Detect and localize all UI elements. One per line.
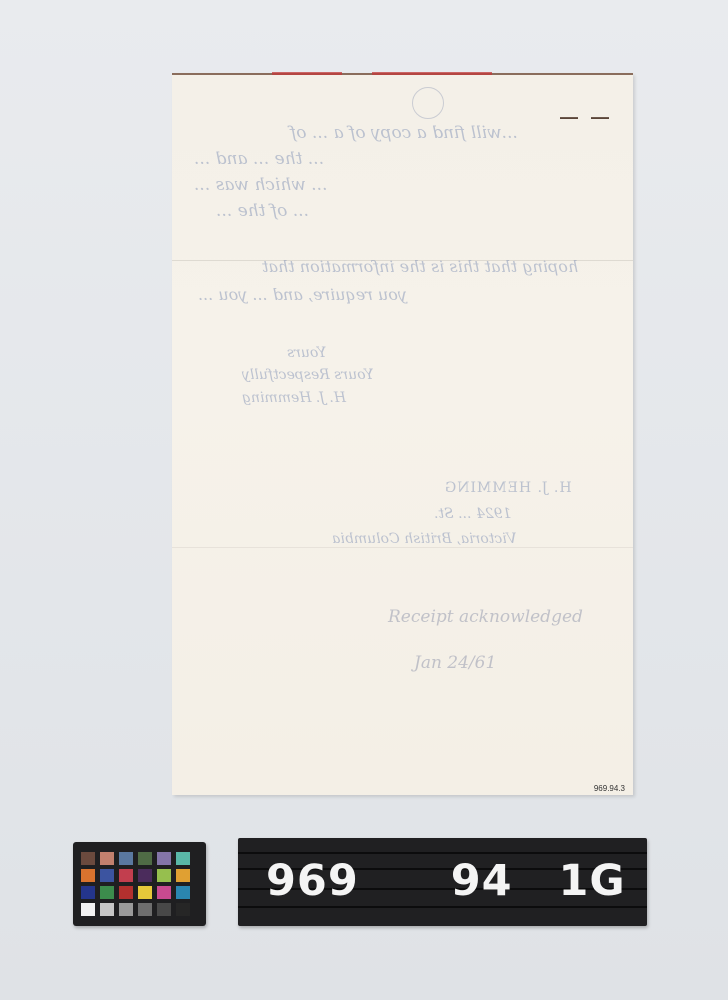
ink-dash-marks: ― ― [560,107,613,128]
accession-number-text: 969 94 1G [266,856,626,906]
bleed-through-line: ... of the ... [216,201,309,221]
red-ink-edge [372,72,492,75]
signature: H. J. Hemming [242,390,346,406]
closing-line: Yours [287,345,326,361]
color-swatch [138,886,152,899]
swatch-grid [81,852,190,916]
bleed-through-line: you require, and ... you ... [198,285,407,304]
stamp-circle-icon [412,87,444,119]
color-swatch [100,903,114,916]
color-swatch [176,852,190,865]
color-swatch [100,869,114,882]
red-ink-edge [272,72,342,75]
color-swatch [119,852,133,865]
color-swatch [81,886,95,899]
color-swatch [157,886,171,899]
accession-number-bar: 969 94 1G [238,838,647,926]
accession-number-label: 969.94.3 [594,784,625,793]
color-swatch [81,869,95,882]
color-swatch [157,869,171,882]
address-line: H. J. HEMMING [444,480,572,496]
letter-page: ― ― ...will find a copy of a ... of ... … [172,73,633,795]
pencil-note-line: Receipt acknowledged [388,607,583,627]
color-swatch [157,852,171,865]
address-line: 1924 ... St. [434,506,512,522]
color-swatch [81,852,95,865]
color-calibration-card [73,842,206,926]
bar-groove [238,852,647,854]
color-swatch [138,852,152,865]
bar-groove [238,906,647,908]
color-swatch [176,903,190,916]
color-swatch [100,852,114,865]
color-swatch [119,903,133,916]
color-swatch [138,869,152,882]
pencil-note-date: Jan 24/61 [414,653,496,673]
color-swatch [81,903,95,916]
color-swatch [119,886,133,899]
bleed-through-line: ... the ... and ... [194,149,324,169]
color-swatch [176,869,190,882]
bleed-through-line: ... which was ... [194,175,327,195]
address-line: Victoria, British Columbia [332,531,517,547]
color-swatch [138,903,152,916]
closing-line: Yours Respectfully [242,367,374,383]
color-swatch [176,886,190,899]
color-swatch [157,903,171,916]
bleed-through-line: hoping that this is the information that [262,257,578,276]
paper-fold [172,547,633,548]
color-swatch [119,869,133,882]
color-swatch [100,886,114,899]
bleed-through-line: ...will find a copy of a ... of [290,123,518,143]
